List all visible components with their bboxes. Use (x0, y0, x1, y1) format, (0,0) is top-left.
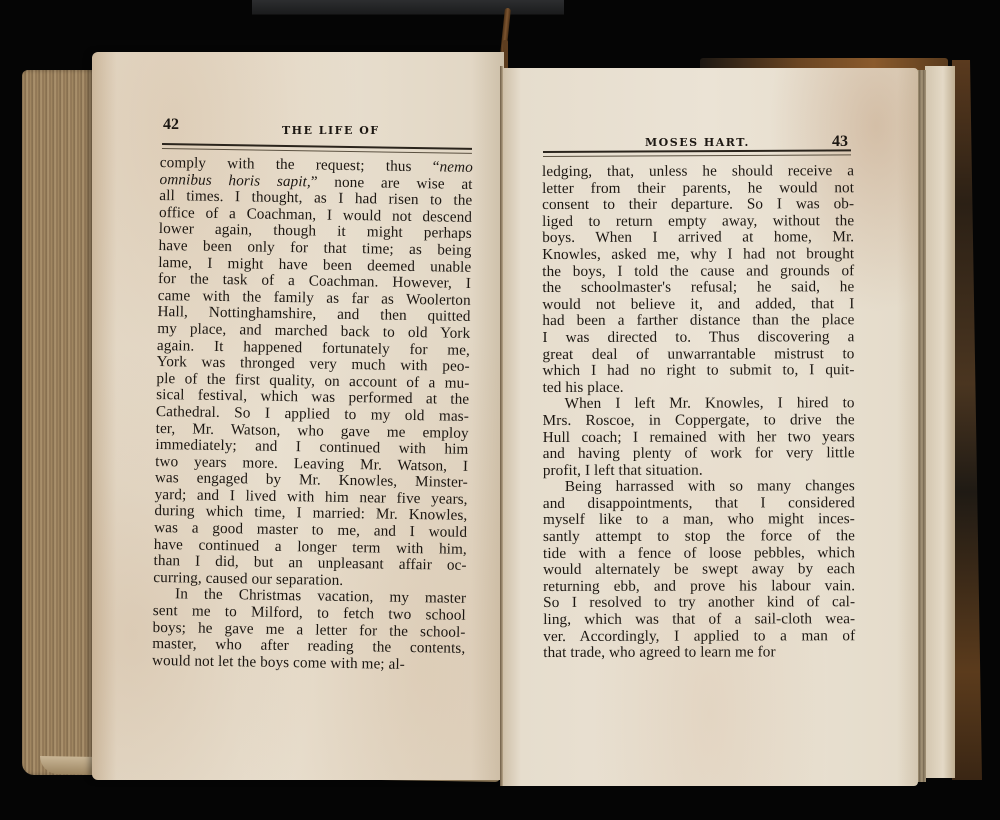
right-cover-edge (952, 60, 982, 780)
left-page-number: 42 (163, 116, 179, 134)
text-line: Knowles, asked me, why I had not brought (542, 246, 854, 263)
text-line: Being harrassed with so many changes (543, 478, 855, 495)
text-line: I was directed to. Thus discovering a (542, 329, 854, 346)
book-gutter (500, 66, 503, 786)
text-line: the schoolmaster's refusal; he said, he (542, 279, 854, 296)
text-line: ling, which was that of a sail-cloth wea… (543, 611, 855, 628)
support-bar (252, 0, 564, 15)
text-line: Mrs. Roscoe, in Coppergate, to drive the (543, 412, 855, 429)
right-page-text: ledging, that, unless he should receive … (542, 163, 855, 662)
text-line: that trade, who agreed to learn me for (543, 644, 855, 661)
right-running-head: MOSES HART. (645, 136, 750, 149)
left-page-text: comply with the request; thus “nemoomnib… (152, 155, 473, 674)
text-line: ver. Accordingly, I applied to a man of (543, 628, 855, 645)
text-line: and having plenty of work for very littl… (543, 445, 855, 462)
left-running-head: THE LIFE OF (282, 124, 380, 137)
text-line: santly attempt to stop the force of the (543, 528, 855, 545)
right-page-number: 43 (832, 133, 848, 151)
text-line: ledging, that, unless he should receive … (542, 163, 854, 180)
text-line: would alternately be swept away by each (543, 561, 855, 578)
right-flyleaf (925, 66, 955, 778)
text-line: consent to their departure. So I was ob- (542, 196, 854, 213)
text-line: When I left Mr. Knowles, I hired to (543, 395, 855, 412)
text-line: which I had no right to submit to, I qui… (543, 362, 855, 379)
